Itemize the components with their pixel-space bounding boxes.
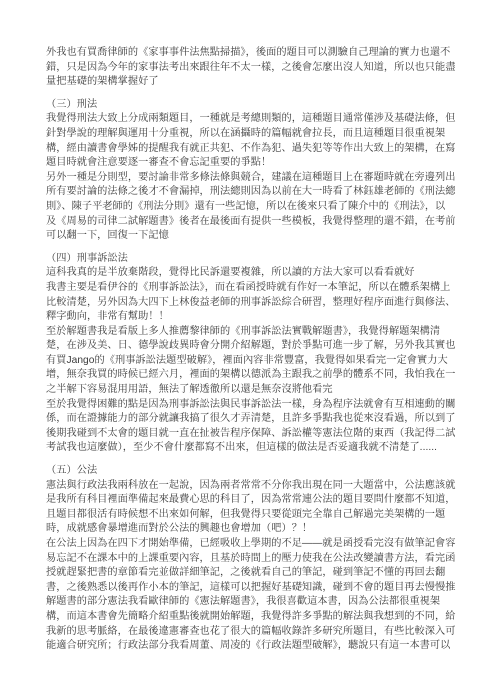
paragraph: 另外一種是分則型，要討論非常多條法條與競合，建議在這種題目上在審題時就在旁邊列出… — [46, 171, 454, 244]
text-line: 針對學說的理解與運用十分重視，所以在涵攝時的篇幅就會拉長，而且這種題目很重視架 — [46, 127, 454, 142]
text-line: 構，經由讀書會學姊的提醒我有就正共犯、不作為犯、過失犯等等作出大致上的架構，在寫 — [46, 142, 454, 157]
text-line: 之半解下容易混用用語，無法了解透徹所以還是無奈沒將他看完 — [46, 383, 454, 398]
text-line: 後期我碰到不太會的題目就一直在扯被告程序保障、訴訟權等憲法位階的東西（我記得二試 — [46, 427, 454, 442]
paragraph: 我書主要是看伊谷的《刑事訴訟法》，而在看函授時就有作好一本筆記，所以在體系架構上… — [46, 281, 454, 325]
text-line: 量把基礎的架構掌握好了 — [46, 75, 454, 90]
text-line: （三）刑法 — [46, 98, 454, 113]
text-line: 楚，在涉及美、日、德學說歧異時會分開介紹解題，對於爭點可進一步了解，另外我其實也 — [46, 339, 454, 354]
text-line: 構，而這本書會先簡略介紹重點後就開始解題，我覺得許多爭點的解法與我想到的不同，給 — [46, 610, 454, 625]
paragraph: 這科我真的是半放棄階段，覺得比民訴還要複雜，所以讀的方法大家可以看看就好 — [46, 266, 454, 281]
section-heading: （三）刑法 — [46, 98, 454, 113]
text-line: 是我所有科目裡面準備起來最費心思的科目了，因為常常連公法的題目要問什麼都不知道， — [46, 493, 454, 508]
text-line: （四）刑事訴訟法 — [46, 252, 454, 267]
text-line: 則》、陳子平老師的《刑法分則》還有一些記憶，所以在後來只看了陳介中的《刑法》，以 — [46, 200, 454, 215]
text-line: 我新的思考脈絡，在最後違憲審查也花了很大的篇幅收錄許多研究所題目，有些比較深入可 — [46, 625, 454, 640]
text-line: 可以翻一下，回復一下記憶 — [46, 229, 454, 244]
text-line: 至於解題書我是看版上多人推薦黎律師的《刑事訴訟法實戰解題書》，我覺得解題架構清 — [46, 325, 454, 340]
paragraph: 外我也有買喬律師的《家事事件法焦點掃描》，後面的題目可以測驗自己理論的實力也還不… — [46, 46, 454, 90]
text-line: 係，而在證據能力的部分就讓我搞了很久才弄清楚，且許多爭點我也從來沒看過，所以到了 — [46, 412, 454, 427]
document-text-body: 外我也有買喬律師的《家事事件法焦點掃描》，後面的題目可以測驗自己理論的實力也還不… — [46, 46, 454, 654]
text-line: 所有要討論的法條之後才不會漏掉，刑法總則因為以前在大一時看了林鈺雄老師的《刑法總 — [46, 185, 454, 200]
text-line: 增，無奈我買的時候已經六月，裡面的架構以德派為主跟我之前學的體系不同，我怕我在一 — [46, 368, 454, 383]
text-line: 易忘記不在課本中的上課重要內容，且基於時間上的壓力使我在公法改變讀書方法，看完函 — [46, 552, 454, 567]
paragraph: 我覺得刑法大致上分成兩類題目，一種就是考總則類的，這種題目通常僅涉及基礎法條，但… — [46, 112, 454, 170]
paragraph: 至於解題書我是看版上多人推薦黎律師的《刑事訴訟法實戰解題書》，我覺得解題架構清楚… — [46, 325, 454, 398]
section-heading: （四）刑事訴訟法 — [46, 252, 454, 267]
paragraph: 憲法與行政法我兩科放在一起說，因為兩者常常不分你我出現在同一大題當中，公法應該就… — [46, 479, 454, 537]
text-line: 我書主要是看伊谷的《刑事訴訟法》，而在看函授時就有作好一本筆記，所以在體系架構上 — [46, 281, 454, 296]
text-line: 及《周易的司律二試解題書》後者在最後面有提供一些模板，我覺得整理的還不錯，在考前 — [46, 215, 454, 230]
paragraph: 解題書的部分憲法我看歐律師的《憲法解題書》，我很喜歡這本書，因為公法都很重視架構… — [46, 595, 454, 653]
text-line: 至於我覺得困難的點是因為刑事訴訟法與民事訴訟法一樣，身為程序法就會有互相連動的關 — [46, 398, 454, 413]
text-line: 題目時就會注意要逐一審查不會忘記重要的爭點！ — [46, 156, 454, 171]
text-line: 錯，只是因為今年的家事法考出來跟往年不太一樣，之後會怎麼出沒人知道，所以也只能盡 — [46, 61, 454, 76]
text-line: 書，之後熟悉以後再作小本的筆記，這樣可以把握好基礎知識，碰到不會的題目再去慢慢推 — [46, 581, 454, 596]
section-heading: （五）公法 — [46, 464, 454, 479]
text-line: （五）公法 — [46, 464, 454, 479]
text-line: 授就趕緊把書的章節看完並做詳細筆記，之後就看自己的筆記，碰到筆記不懂的再回去翻 — [46, 566, 454, 581]
text-line: 解題書的部分憲法我看歐律師的《憲法解題書》，我很喜歡這本書，因為公法都很重視架 — [46, 595, 454, 610]
text-line: 且題目都很活有時候想不出來如何解，但我覺得只要從頭完全靠自己解過完美架構的一題 — [46, 508, 454, 523]
text-line: 有買Jango的《刑事訴訟法題型破解》，裡面內容非常豐富，我覺得如果看完一定會實… — [46, 354, 454, 369]
text-line: 考試我也這麼做），至少不會什麼都寫不出來，但這樣的做法是否妥適我就不清楚了...… — [46, 441, 454, 456]
text-line: 時，成就感會暴增進而對於公法的興趣也會增加（吧）？！ — [46, 522, 454, 537]
text-line: 在公法上因為在四下才開始準備，已經吸收上學期的不足——就是函授看完沒有做筆記會容 — [46, 537, 454, 552]
text-line: 能適合研究所；行政法部分我看周董、周凌的《行政法題型破解》，聽說只有這一本書可以 — [46, 639, 454, 654]
document-page: 外我也有買喬律師的《家事事件法焦點掃描》，後面的題目可以測驗自己理論的實力也還不… — [0, 0, 494, 700]
text-line: 這科我真的是半放棄階段，覺得比民訴還要複雜，所以讀的方法大家可以看看就好 — [46, 266, 454, 281]
text-line: 憲法與行政法我兩科放在一起說，因為兩者常常不分你我出現在同一大題當中，公法應該就 — [46, 479, 454, 494]
text-line: 另外一種是分則型，要討論非常多條法條與競合，建議在這種題目上在審題時就在旁邊列出 — [46, 171, 454, 186]
paragraph: 至於我覺得困難的點是因為刑事訴訟法與民事訴訟法一樣，身為程序法就會有互相連動的關… — [46, 398, 454, 456]
text-line: 外我也有買喬律師的《家事事件法焦點掃描》，後面的題目可以測驗自己理論的實力也還不 — [46, 46, 454, 61]
paragraph: 在公法上因為在四下才開始準備，已經吸收上學期的不足——就是函授看完沒有做筆記會容… — [46, 537, 454, 595]
text-line: 釋字動向，非常有幫助！！ — [46, 310, 454, 325]
text-line: 比較清楚，另外因為大四下上林俊益老師的刑事訴訟綜合研習，整理好程序面進行與修法、 — [46, 296, 454, 311]
text-line: 我覺得刑法大致上分成兩類題目，一種就是考總則類的，這種題目通常僅涉及基礎法條，但 — [46, 112, 454, 127]
